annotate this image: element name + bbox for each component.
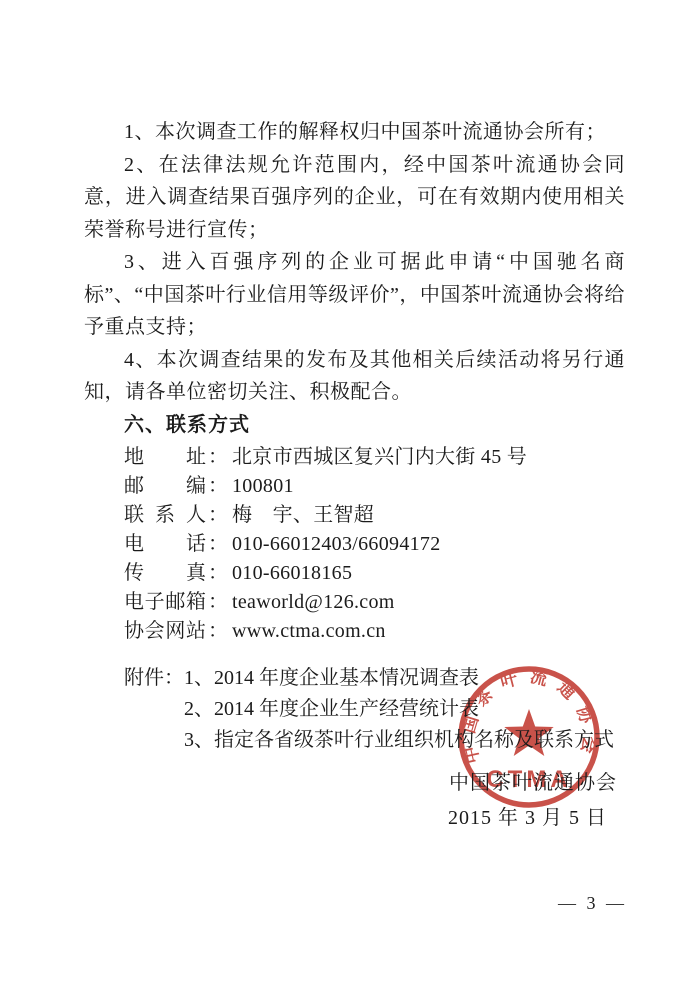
signature-org: 中国茶叶流通协会 xyxy=(84,768,625,798)
paragraph-2: 2、在法律法规允许范围内，经中国茶叶流通协会同意，进入调查结果百强序列的企业，可… xyxy=(84,149,625,247)
contact-row-website: 协会网站：www.ctma.com.cn xyxy=(124,617,625,646)
section-heading-contact: 六、联系方式 xyxy=(84,409,625,442)
paragraph-4: 4、本次调查结果的发布及其他相关后续活动将另行通知，请各单位密切关注、积极配合。 xyxy=(84,344,625,409)
contact-block: 地址：北京市西城区复兴门内大街 45 号 邮编：100801 联系人：梅 宇、王… xyxy=(124,443,625,646)
contact-row-fax: 传真：010-66018165 xyxy=(124,559,625,588)
contact-label: 邮编 xyxy=(124,472,206,501)
contact-value-phone: 010-66012403/66094172 xyxy=(232,533,441,555)
paragraph-3: 3、进入百强序列的企业可据此申请“中国驰名商标”、“中国茶叶行业信用等级评价”，… xyxy=(84,246,625,344)
contact-row-phone: 电话：010-66012403/66094172 xyxy=(124,530,625,559)
attachment-item-3: 3、指定各省级茶叶行业组织机构名称及联系方式 xyxy=(184,725,625,756)
contact-value-address: 北京市西城区复兴门内大街 45 号 xyxy=(232,446,527,468)
attachments-block: 附件： 1、2014 年度企业基本情况调查表 2、2014 年度企业生产经营统计… xyxy=(124,663,625,756)
contact-label: 电子邮箱 xyxy=(124,588,206,617)
contact-value-postcode: 100801 xyxy=(232,475,294,497)
contact-label: 电话 xyxy=(124,530,206,559)
contact-value-fax: 010-66018165 xyxy=(232,562,352,584)
contact-value-person: 梅 宇、王智超 xyxy=(232,504,374,526)
contact-row-postcode: 邮编：100801 xyxy=(124,472,625,501)
contact-row-email: 电子邮箱：teaworld@126.com xyxy=(124,588,625,617)
contact-label: 地址 xyxy=(124,443,206,472)
contact-colon: ： xyxy=(206,530,232,559)
contact-colon: ： xyxy=(206,559,232,588)
contact-row-person: 联系人：梅 宇、王智超 xyxy=(124,501,625,530)
attachment-item-1: 1、2014 年度企业基本情况调查表 xyxy=(184,663,625,694)
contact-label: 协会网站 xyxy=(124,617,206,646)
signature-block: 中国茶叶流通协会 2015 年 3 月 5 日 xyxy=(84,768,625,833)
attachments-label: 附件： xyxy=(124,663,184,694)
contact-row-address: 地址：北京市西城区复兴门内大街 45 号 xyxy=(124,443,625,472)
paragraph-1: 1、本次调查工作的解释权归中国茶叶流通协会所有； xyxy=(84,116,625,149)
contact-value-email: teaworld@126.com xyxy=(232,591,395,613)
contact-label: 传真 xyxy=(124,559,206,588)
document-body: 1、本次调查工作的解释权归中国茶叶流通协会所有； 2、在法律法规允许范围内，经中… xyxy=(84,116,625,833)
contact-value-website: www.ctma.com.cn xyxy=(232,620,386,642)
page-number: — 3 — xyxy=(558,893,627,914)
signature-date: 2015 年 3 月 5 日 xyxy=(84,803,625,833)
contact-colon: ： xyxy=(206,617,232,646)
contact-colon: ： xyxy=(206,472,232,501)
contact-colon: ： xyxy=(206,501,232,530)
document-page: 中国茶叶流通协会 CTMA 1、本次调查工作的解释权归中国茶叶流通协会所有； 2… xyxy=(0,0,699,988)
attachment-item-2: 2、2014 年度企业生产经营统计表 xyxy=(184,694,625,725)
contact-label: 联系人 xyxy=(124,501,206,530)
attachments-list: 1、2014 年度企业基本情况调查表 2、2014 年度企业生产经营统计表 3、… xyxy=(184,663,625,756)
contact-colon: ： xyxy=(206,588,232,617)
contact-colon: ： xyxy=(206,443,232,472)
